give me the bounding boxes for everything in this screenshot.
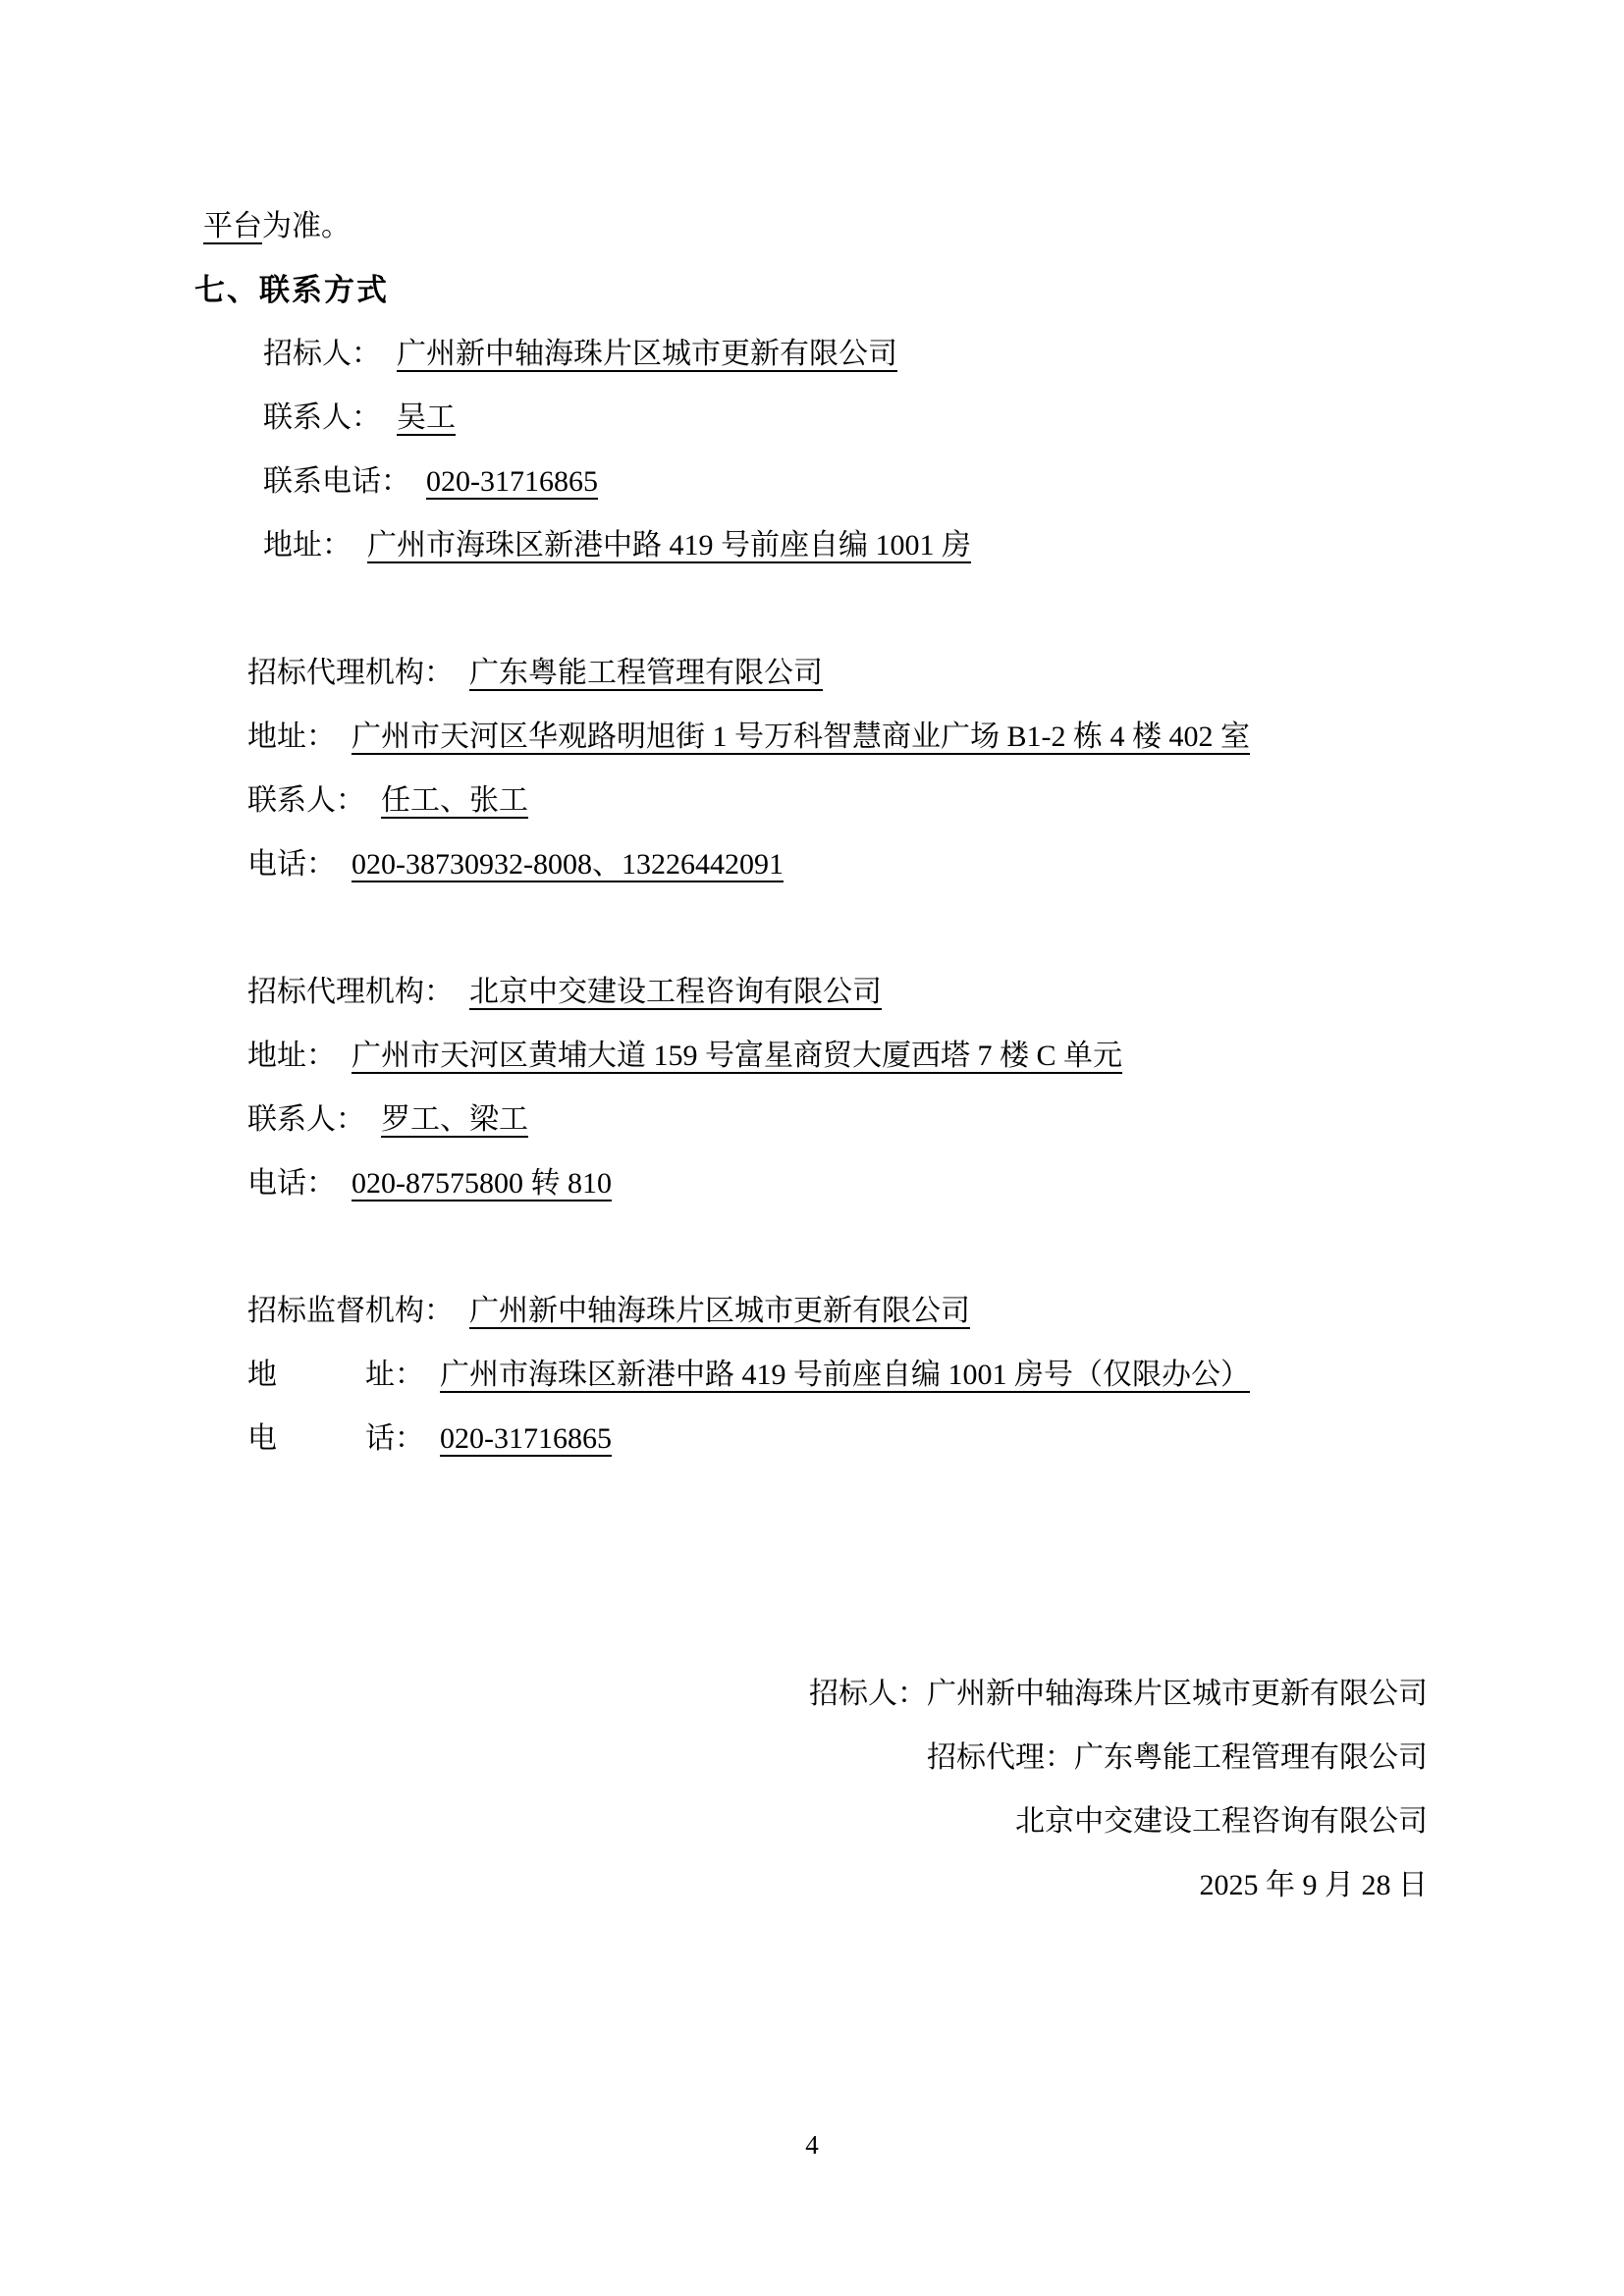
field-value: 广州新中轴海珠片区城市更新有限公司 [469,1295,970,1327]
field-label: 地址： [247,721,336,753]
contact-line: 地址：广州市海珠区新港中路 419 号前座自编 1001 房 [194,513,1428,577]
field-value: 罗工、梁工 [381,1103,528,1136]
field-value: 广州市海珠区新港中路 419 号前座自编 1001 房号（仅限办公） [440,1359,1250,1391]
field-value: 广州市天河区华观路明旭街 1 号万科智慧商业广场 B1-2 栋 4 楼 402 … [352,721,1250,753]
contact-line: 联系人：罗工、梁工 [194,1088,1428,1151]
blank-line [194,896,1428,960]
field-label: 联系人： [263,401,381,434]
paragraph-text: 为准。 [262,210,351,242]
blank-line [194,577,1428,641]
contact-line: 招标代理机构：广东粤能工程管理有限公司 [194,641,1428,705]
underlined-blank-text: 平台 [203,210,262,242]
field-label: 电话： [247,848,336,881]
field-label: 地址： [247,1040,336,1072]
field-value: 吴工 [397,401,456,434]
field-label: 电话： [247,1167,336,1200]
page-number: 4 [0,2118,1624,2172]
contact-line: 电 话：020-31716865 [194,1407,1428,1470]
contact-line: 地址：广州市天河区华观路明旭街 1 号万科智慧商业广场 B1-2 栋 4 楼 4… [194,705,1428,769]
field-value: 广州市天河区黄埔大道 159 号富星商贸大厦西塔 7 楼 C 单元 [352,1040,1122,1072]
field-value: 广州新中轴海珠片区城市更新有限公司 [397,338,897,370]
signature-line-tenderer: 招标人：广州新中轴海珠片区城市更新有限公司 [194,1662,1428,1726]
field-label: 联系人： [247,1103,365,1136]
paragraph-continuation: 平台为准。 [194,194,1428,258]
field-value: 任工、张工 [381,784,528,817]
contact-line: 电话：020-87575800 转 810 [194,1151,1428,1215]
contact-block-agency-1: 招标代理机构：广东粤能工程管理有限公司 地址：广州市天河区华观路明旭街 1 号万… [194,641,1428,896]
contact-line: 招标人：广州新中轴海珠片区城市更新有限公司 [194,322,1428,386]
field-value: 020-38730932-8008、13226442091 [352,848,784,881]
field-label: 招标监督机构： [247,1295,454,1327]
field-value: 020-31716865 [440,1422,612,1455]
blank-line [194,1215,1428,1279]
blank-line [194,1470,1428,1534]
contact-line: 招标代理机构：北京中交建设工程咨询有限公司 [194,960,1428,1024]
contact-line: 电话：020-38730932-8008、13226442091 [194,832,1428,896]
field-value: 020-31716865 [426,465,598,498]
section-heading: 七、联系方式 [194,258,1428,322]
contact-line: 联系人：吴工 [194,386,1428,450]
contact-line: 联系电话：020-31716865 [194,450,1428,513]
blank-line [194,1598,1428,1662]
field-value: 广州市海珠区新港中路 419 号前座自编 1001 房 [367,529,971,561]
field-value: 020-87575800 转 810 [352,1167,612,1200]
field-label: 联系人： [247,784,365,817]
signature-date: 2025 年 9 月 28 日 [194,1853,1428,1917]
signature-line-agency-1: 招标代理：广东粤能工程管理有限公司 [194,1726,1428,1789]
page-content: 平台为准。 七、联系方式 招标人：广州新中轴海珠片区城市更新有限公司 联系人：吴… [194,194,1428,1917]
contact-line: 招标监督机构：广州新中轴海珠片区城市更新有限公司 [194,1279,1428,1343]
signature-line-agency-2: 北京中交建设工程咨询有限公司 [194,1789,1428,1853]
field-value: 广东粤能工程管理有限公司 [469,657,823,689]
document-page: 平台为准。 七、联系方式 招标人：广州新中轴海珠片区城市更新有限公司 联系人：吴… [0,0,1624,2296]
contact-line: 地 址：广州市海珠区新港中路 419 号前座自编 1001 房号（仅限办公） [194,1343,1428,1407]
contact-line: 联系人：任工、张工 [194,769,1428,832]
field-label: 地址： [263,529,352,561]
contact-block-agency-2: 招标代理机构：北京中交建设工程咨询有限公司 地址：广州市天河区黄埔大道 159 … [194,960,1428,1215]
signature-block: 招标人：广州新中轴海珠片区城市更新有限公司 招标代理：广东粤能工程管理有限公司 … [194,1662,1428,1917]
field-label: 地 址： [247,1359,424,1391]
field-label: 招标代理机构： [247,657,454,689]
blank-line [194,1534,1428,1598]
contact-line: 地址：广州市天河区黄埔大道 159 号富星商贸大厦西塔 7 楼 C 单元 [194,1024,1428,1088]
field-value: 北京中交建设工程咨询有限公司 [469,976,882,1008]
field-label: 电 话： [247,1422,424,1455]
contact-block-supervisor: 招标监督机构：广州新中轴海珠片区城市更新有限公司 地 址：广州市海珠区新港中路 … [194,1279,1428,1470]
field-label: 联系电话： [263,465,410,498]
field-label: 招标代理机构： [247,976,454,1008]
contact-block-tenderer: 招标人：广州新中轴海珠片区城市更新有限公司 联系人：吴工 联系电话：020-31… [194,322,1428,577]
field-label: 招标人： [263,338,381,370]
